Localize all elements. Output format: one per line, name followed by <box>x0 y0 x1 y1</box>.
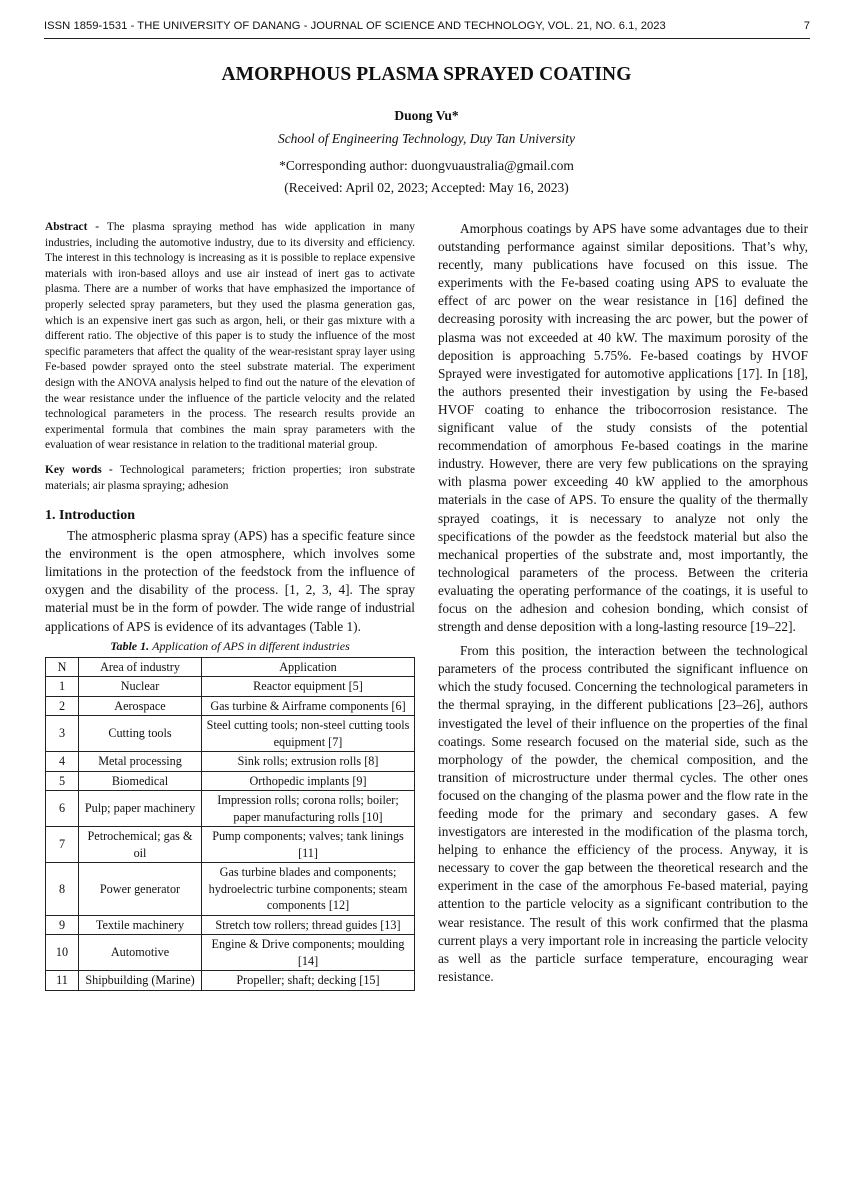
running-header: ISSN 1859-1531 - THE UNIVERSITY OF DANAN… <box>44 20 810 39</box>
cell-application: Reactor equipment [5] <box>202 677 415 697</box>
section-heading-introduction: 1. Introduction <box>45 508 415 524</box>
table-row: 7Petrochemical; gas & oilPump components… <box>46 827 415 863</box>
cell-application: Steel cutting tools; non-steel cutting t… <box>202 716 415 752</box>
abstract: Abstract - The plasma spraying method ha… <box>45 220 415 454</box>
left-column: Abstract - The plasma spraying method ha… <box>45 220 415 991</box>
table-row: 6Pulp; paper machineryImpression rolls; … <box>46 791 415 827</box>
header-n: N <box>46 657 79 677</box>
cell-n: 10 <box>46 935 79 971</box>
right-column: Amorphous coatings by APS have some adva… <box>438 220 808 986</box>
cell-n: 4 <box>46 752 79 772</box>
abstract-label: Abstract - <box>45 221 107 233</box>
intro-paragraph-1: The atmospheric plasma spray (APS) has a… <box>45 527 415 636</box>
cell-area: Metal processing <box>79 752 202 772</box>
submission-dates: (Received: April 02, 2023; Accepted: May… <box>0 180 853 196</box>
cell-area: Pulp; paper machinery <box>79 791 202 827</box>
cell-application: Orthopedic implants [9] <box>202 771 415 791</box>
table-header-row: N Area of industry Application <box>46 657 415 677</box>
table-row: 11Shipbuilding (Marine)Propeller; shaft;… <box>46 971 415 991</box>
page-number: 7 <box>804 20 810 32</box>
table-row: 4Metal processingSink rolls; extrusion r… <box>46 752 415 772</box>
journal-line: ISSN 1859-1531 - THE UNIVERSITY OF DANAN… <box>44 20 666 32</box>
cell-application: Impression rolls; corona rolls; boiler; … <box>202 791 415 827</box>
intro-paragraph-2: Amorphous coatings by APS have some adva… <box>438 220 808 636</box>
table-row: 8Power generatorGas turbine blades and c… <box>46 863 415 916</box>
table-row: 9Textile machineryStretch tow rollers; t… <box>46 915 415 935</box>
keywords-label: Key words - <box>45 464 120 476</box>
header-area: Area of industry <box>79 657 202 677</box>
cell-area: Petrochemical; gas & oil <box>79 827 202 863</box>
table-caption: Table 1. Application of APS in different… <box>45 639 415 654</box>
applications-table: N Area of industry Application 1NuclearR… <box>45 657 415 991</box>
table-row: 3Cutting toolsSteel cutting tools; non-s… <box>46 716 415 752</box>
cell-n: 11 <box>46 971 79 991</box>
cell-n: 9 <box>46 915 79 935</box>
header-application: Application <box>202 657 415 677</box>
cell-area: Automotive <box>79 935 202 971</box>
keywords: Key words - Technological parameters; fr… <box>45 463 415 494</box>
table-row: 1NuclearReactor equipment [5] <box>46 677 415 697</box>
cell-application: Stretch tow rollers; thread guides [13] <box>202 915 415 935</box>
cell-area: Biomedical <box>79 771 202 791</box>
cell-application: Sink rolls; extrusion rolls [8] <box>202 752 415 772</box>
intro-paragraph-3: From this position, the interaction betw… <box>438 642 808 986</box>
cell-area: Power generator <box>79 863 202 916</box>
cell-application: Propeller; shaft; decking [15] <box>202 971 415 991</box>
abstract-text: The plasma spraying method has wide appl… <box>45 221 415 451</box>
paper-title: AMORPHOUS PLASMA SPRAYED COATING <box>0 64 853 86</box>
author-name: Duong Vu* <box>0 108 853 124</box>
cell-n: 8 <box>46 863 79 916</box>
table-row: 10AutomotiveEngine & Drive components; m… <box>46 935 415 971</box>
corresponding-author: *Corresponding author: duongvuaustralia@… <box>0 158 853 174</box>
cell-n: 3 <box>46 716 79 752</box>
cell-n: 2 <box>46 696 79 716</box>
cell-application: Gas turbine & Airframe components [6] <box>202 696 415 716</box>
table-caption-label: Table 1. <box>110 639 152 653</box>
cell-n: 5 <box>46 771 79 791</box>
cell-area: Textile machinery <box>79 915 202 935</box>
cell-area: Shipbuilding (Marine) <box>79 971 202 991</box>
cell-area: Cutting tools <box>79 716 202 752</box>
affiliation: School of Engineering Technology, Duy Ta… <box>0 131 853 147</box>
cell-n: 6 <box>46 791 79 827</box>
cell-application: Gas turbine blades and components; hydro… <box>202 863 415 916</box>
table-caption-text: Application of APS in different industri… <box>152 639 350 653</box>
cell-area: Aerospace <box>79 696 202 716</box>
cell-application: Engine & Drive components; moulding [14] <box>202 935 415 971</box>
cell-n: 1 <box>46 677 79 697</box>
cell-area: Nuclear <box>79 677 202 697</box>
cell-n: 7 <box>46 827 79 863</box>
cell-application: Pump components; valves; tank linings [1… <box>202 827 415 863</box>
table-row: 5BiomedicalOrthopedic implants [9] <box>46 771 415 791</box>
table-row: 2AerospaceGas turbine & Airframe compone… <box>46 696 415 716</box>
